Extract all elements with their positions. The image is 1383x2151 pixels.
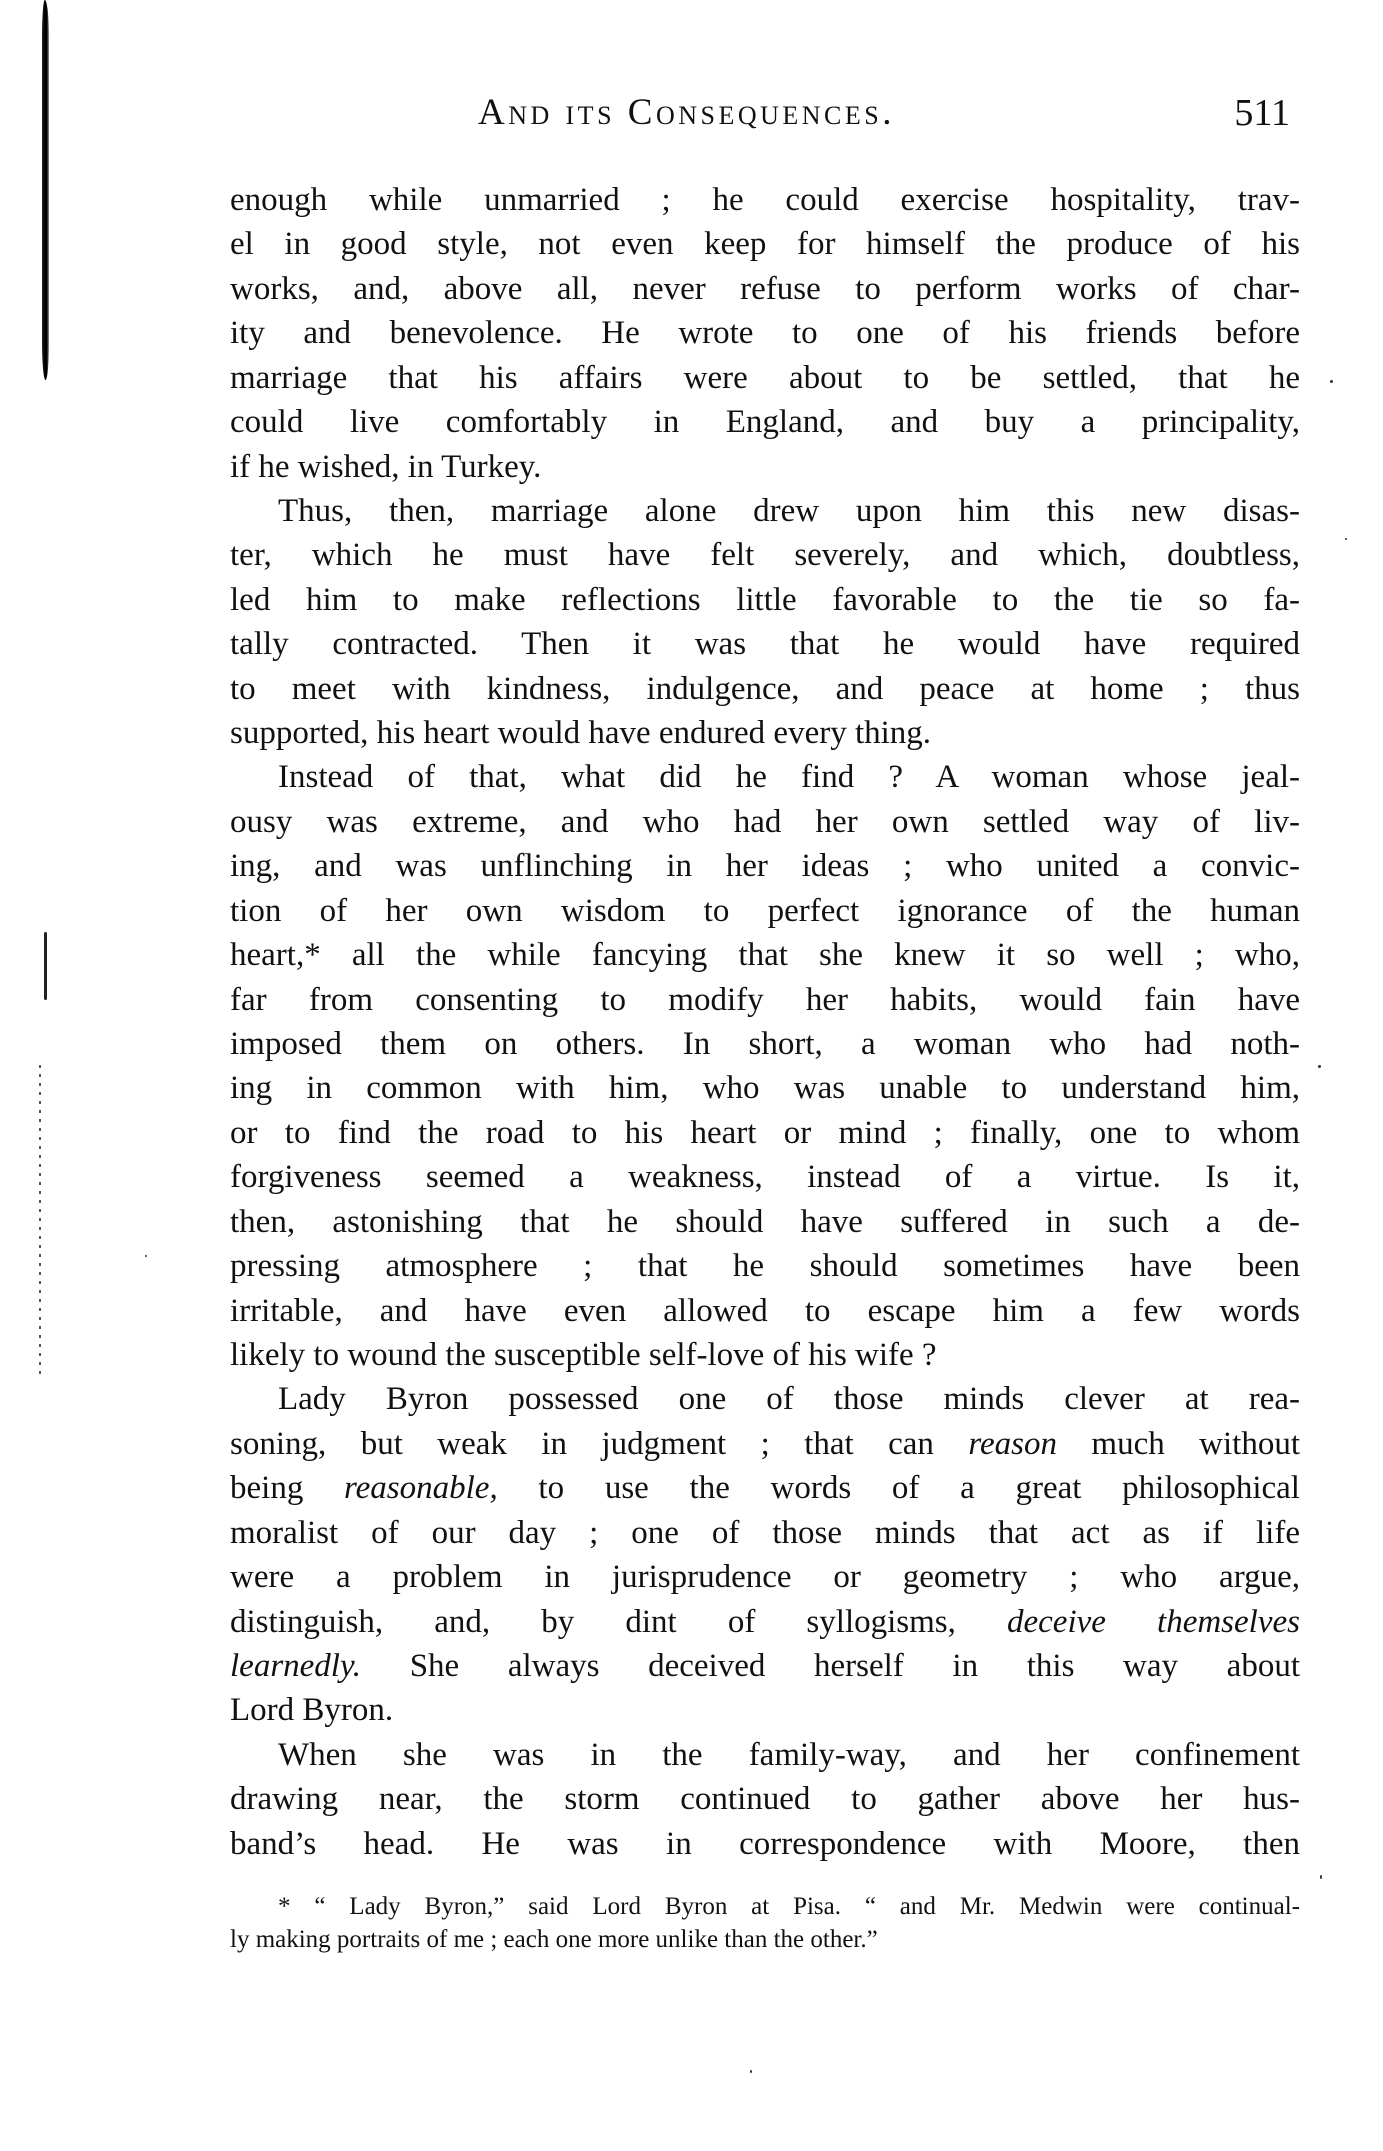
text-line: to meet with kindness, indulgence, and p… — [230, 667, 1300, 711]
text-line: if he wished, in Turkey. — [230, 445, 1300, 489]
text-line: led him to make reflections little favor… — [230, 578, 1300, 622]
text-line: ousy was extreme, and who had her own se… — [230, 800, 1300, 844]
page-header: And its Consequences. 511 — [478, 93, 1300, 133]
text-line: Lord Byron. — [230, 1688, 1300, 1732]
scan-speck — [1320, 1875, 1322, 1879]
scan-edge-mark-top — [42, 0, 49, 380]
paragraph-start-line: Instead of that, what did he find ? A wo… — [230, 755, 1300, 799]
text-line: tion of her own wisdom to perfect ignora… — [230, 889, 1300, 933]
text-line: supported, his heart would have endured … — [230, 711, 1300, 755]
footnote: * “ Lady Byron,” said Lord Byron at Pisa… — [230, 1890, 1300, 1956]
text-line: works, and, above all, never refuse to p… — [230, 267, 1300, 311]
text-line: el in good style, not even keep for hims… — [230, 222, 1300, 266]
scan-speck — [1318, 1065, 1321, 1068]
text-line: far from consenting to modify her habits… — [230, 978, 1300, 1022]
italic-emphasis: learnedly. — [230, 1648, 361, 1684]
footnote-line: * “ Lady Byron,” said Lord Byron at Pisa… — [230, 1890, 1300, 1923]
text-line: likely to wound the susceptible self-lov… — [230, 1333, 1300, 1377]
text-line: band’s head. He was in correspondence wi… — [230, 1822, 1300, 1866]
text-line: heart,* all the while fancying that she … — [230, 933, 1300, 977]
text-line: enough while unmarried ; he could exerci… — [230, 178, 1300, 222]
text-line: then, astonishing that he should have su… — [230, 1200, 1300, 1244]
text-span: soning, but weak in judgment ; that can — [230, 1426, 968, 1462]
text-line: ity and benevolence. He wrote to one of … — [230, 311, 1300, 355]
text-line: moralist of our day ; one of those minds… — [230, 1511, 1300, 1555]
paragraph-start-line: When she was in the family-way, and her … — [230, 1733, 1300, 1777]
text-line: learnedly. She always deceived herself i… — [230, 1644, 1300, 1688]
scan-speck — [750, 2070, 752, 2073]
text-line: distinguish, and, by dint of syllogisms,… — [230, 1600, 1300, 1644]
text-line: drawing near, the storm continued to gat… — [230, 1777, 1300, 1821]
paragraph-start-line: Lady Byron possessed one of those minds … — [230, 1377, 1300, 1421]
text-line: ing, and was unflinching in her ideas ; … — [230, 844, 1300, 888]
text-span: She always deceived herself in this way … — [361, 1648, 1300, 1684]
text-line: could live comfortably in England, and b… — [230, 400, 1300, 444]
footnote-line: ly making portraits of me ; each one mor… — [230, 1923, 1300, 1956]
text-line: irritable, and have even allowed to esca… — [230, 1289, 1300, 1333]
body-text: enough while unmarried ; he could exerci… — [230, 178, 1300, 1866]
text-line: forgiveness seemed a weakness, instead o… — [230, 1155, 1300, 1199]
text-line: imposed them on others. In short, a woma… — [230, 1022, 1300, 1066]
scan-speck — [1345, 538, 1347, 540]
text-line: ter, which he must have felt severely, a… — [230, 533, 1300, 577]
text-line: soning, but weak in judgment ; that can … — [230, 1422, 1300, 1466]
text-line: being reasonable, to use the words of a … — [230, 1466, 1300, 1510]
paragraph-start-line: Thus, then, marriage alone drew upon him… — [230, 489, 1300, 533]
text-line: marriage that his affairs were about to … — [230, 356, 1300, 400]
scan-edge-mark-middle — [44, 932, 47, 1000]
text-line: pressing atmosphere ; that he should som… — [230, 1244, 1300, 1288]
italic-emphasis: deceive themselves — [1007, 1604, 1300, 1640]
text-line: ing in common with him, who was unable t… — [230, 1066, 1300, 1110]
text-span: being — [230, 1470, 344, 1506]
italic-emphasis: reasonable, — [344, 1470, 498, 1506]
text-span: to use the words of a great philosophica… — [498, 1470, 1300, 1506]
scan-speck — [145, 1255, 147, 1257]
text-span: much without — [1057, 1426, 1300, 1462]
text-span: distinguish, and, by dint of syllogisms, — [230, 1604, 1007, 1640]
scan-edge-dotted-mark — [39, 1065, 41, 1375]
page-number: 511 — [1234, 93, 1290, 133]
scan-speck — [1330, 380, 1333, 383]
text-line: tally contracted. Then it was that he wo… — [230, 622, 1300, 666]
italic-emphasis: reason — [968, 1426, 1057, 1462]
running-title: And its Consequences. — [478, 93, 895, 133]
text-line: or to find the road to his heart or mind… — [230, 1111, 1300, 1155]
text-line: were a problem in jurisprudence or geome… — [230, 1555, 1300, 1599]
